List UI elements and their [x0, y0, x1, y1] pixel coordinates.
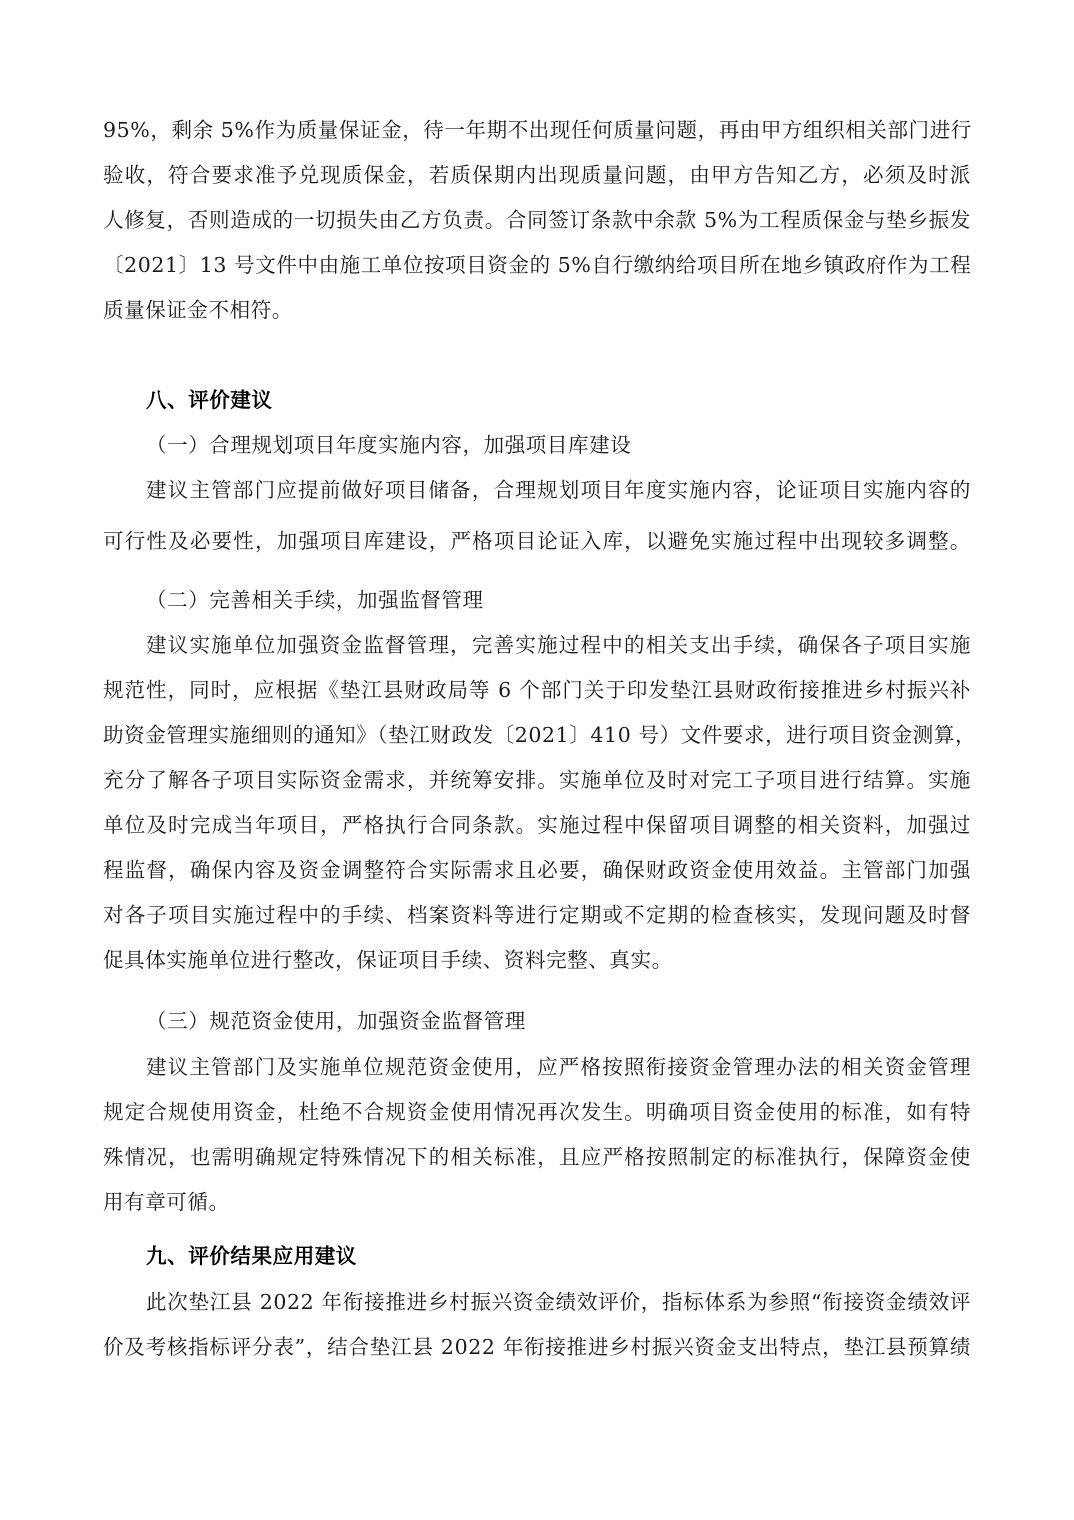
- paragraph-line: 可行性及必要性，加强项目库建设，严格项目论证入库，以避免实施过程中出现较多调整。: [103, 526, 971, 556]
- paragraph-line: 价及考核指标评分表”，结合垫江县 2022 年衔接推进乡村振兴资金支出特点，垫江…: [103, 1332, 971, 1362]
- paragraph-line: 对各子项目实施过程中的手续、档案资料等进行定期或不定期的检查核实，发现问题及时督: [103, 900, 971, 930]
- paragraph-line: 单位及时完成当年项目，严格执行合同条款。实施过程中保留项目调整的相关资料，加强过: [103, 810, 971, 840]
- paragraph-line: 此次垫江县 2022 年衔接推进乡村振兴资金绩效评价，指标体系为参照“衔接资金绩…: [146, 1287, 971, 1317]
- document-page: 95%，剩余 5%作为质量保证金，待一年期不出现任何质量问题，再由甲方组织相关部…: [0, 0, 1074, 1520]
- paragraph-line: 人修复，否则造成的一切损失由乙方负责。合同签订条款中余款 5%为工程质保金与垫乡…: [103, 205, 971, 235]
- paragraph-line: 〔2021〕13 号文件中由施工单位按项目资金的 5%自行缴纳给项目所在地乡镇政…: [103, 250, 971, 280]
- subsection-title-1: （一）合理规划项目年度实施内容，加强项目库建设: [146, 430, 1014, 460]
- paragraph-line: 建议主管部门及实施单位规范资金使用，应严格按照衔接资金管理办法的相关资金管理: [146, 1052, 971, 1082]
- paragraph-line: 验收，符合要求准予兑现质保金，若质保期内出现质量问题，由甲方告知乙方，必须及时派: [103, 160, 971, 190]
- paragraph-line: 殊情况，也需明确规定特殊情况下的相关标准，且应严格按照制定的标准执行，保障资金使: [103, 1142, 971, 1172]
- paragraph-line: 促具体实施单位进行整改，保证项目手续、资料完整、真实。: [103, 945, 971, 975]
- paragraph-line: 充分了解各子项目实际资金需求，并统筹安排。实施单位及时对完工子项目进行结算。实施: [103, 765, 971, 795]
- section-heading-8: 八、评价建议: [146, 385, 1014, 415]
- section-heading-9: 九、评价结果应用建议: [146, 1241, 1014, 1271]
- paragraph-line: 95%，剩余 5%作为质量保证金，待一年期不出现任何质量问题，再由甲方组织相关部…: [103, 115, 971, 145]
- paragraph-line: 建议实施单位加强资金监督管理，完善实施过程中的相关支出手续，确保各子项目实施: [146, 630, 971, 660]
- subsection-title-3: （三）规范资金使用，加强资金监督管理: [146, 1006, 1014, 1036]
- subsection-title-2: （二）完善相关手续，加强监督管理: [146, 585, 1014, 615]
- paragraph-line: 程监督，确保内容及资金调整符合实际需求且必要，确保财政资金使用效益。主管部门加强: [103, 855, 971, 885]
- paragraph-line: 助资金管理实施细则的通知》（垫江财政发〔2021〕410 号）文件要求，进行项目…: [103, 720, 971, 750]
- paragraph-line: 规范性，同时，应根据《垫江县财政局等 6 个部门关于印发垫江县财政衔接推进乡村振…: [103, 675, 971, 705]
- paragraph-line: 质量保证金不相符。: [103, 295, 971, 325]
- paragraph-line: 建议主管部门应提前做好项目储备，合理规划项目年度实施内容，论证项目实施内容的: [146, 475, 971, 505]
- paragraph-line: 用有章可循。: [103, 1187, 971, 1217]
- paragraph-line: 规定合规使用资金，杜绝不合规资金使用情况再次发生。明确项目资金使用的标准，如有特: [103, 1097, 971, 1127]
